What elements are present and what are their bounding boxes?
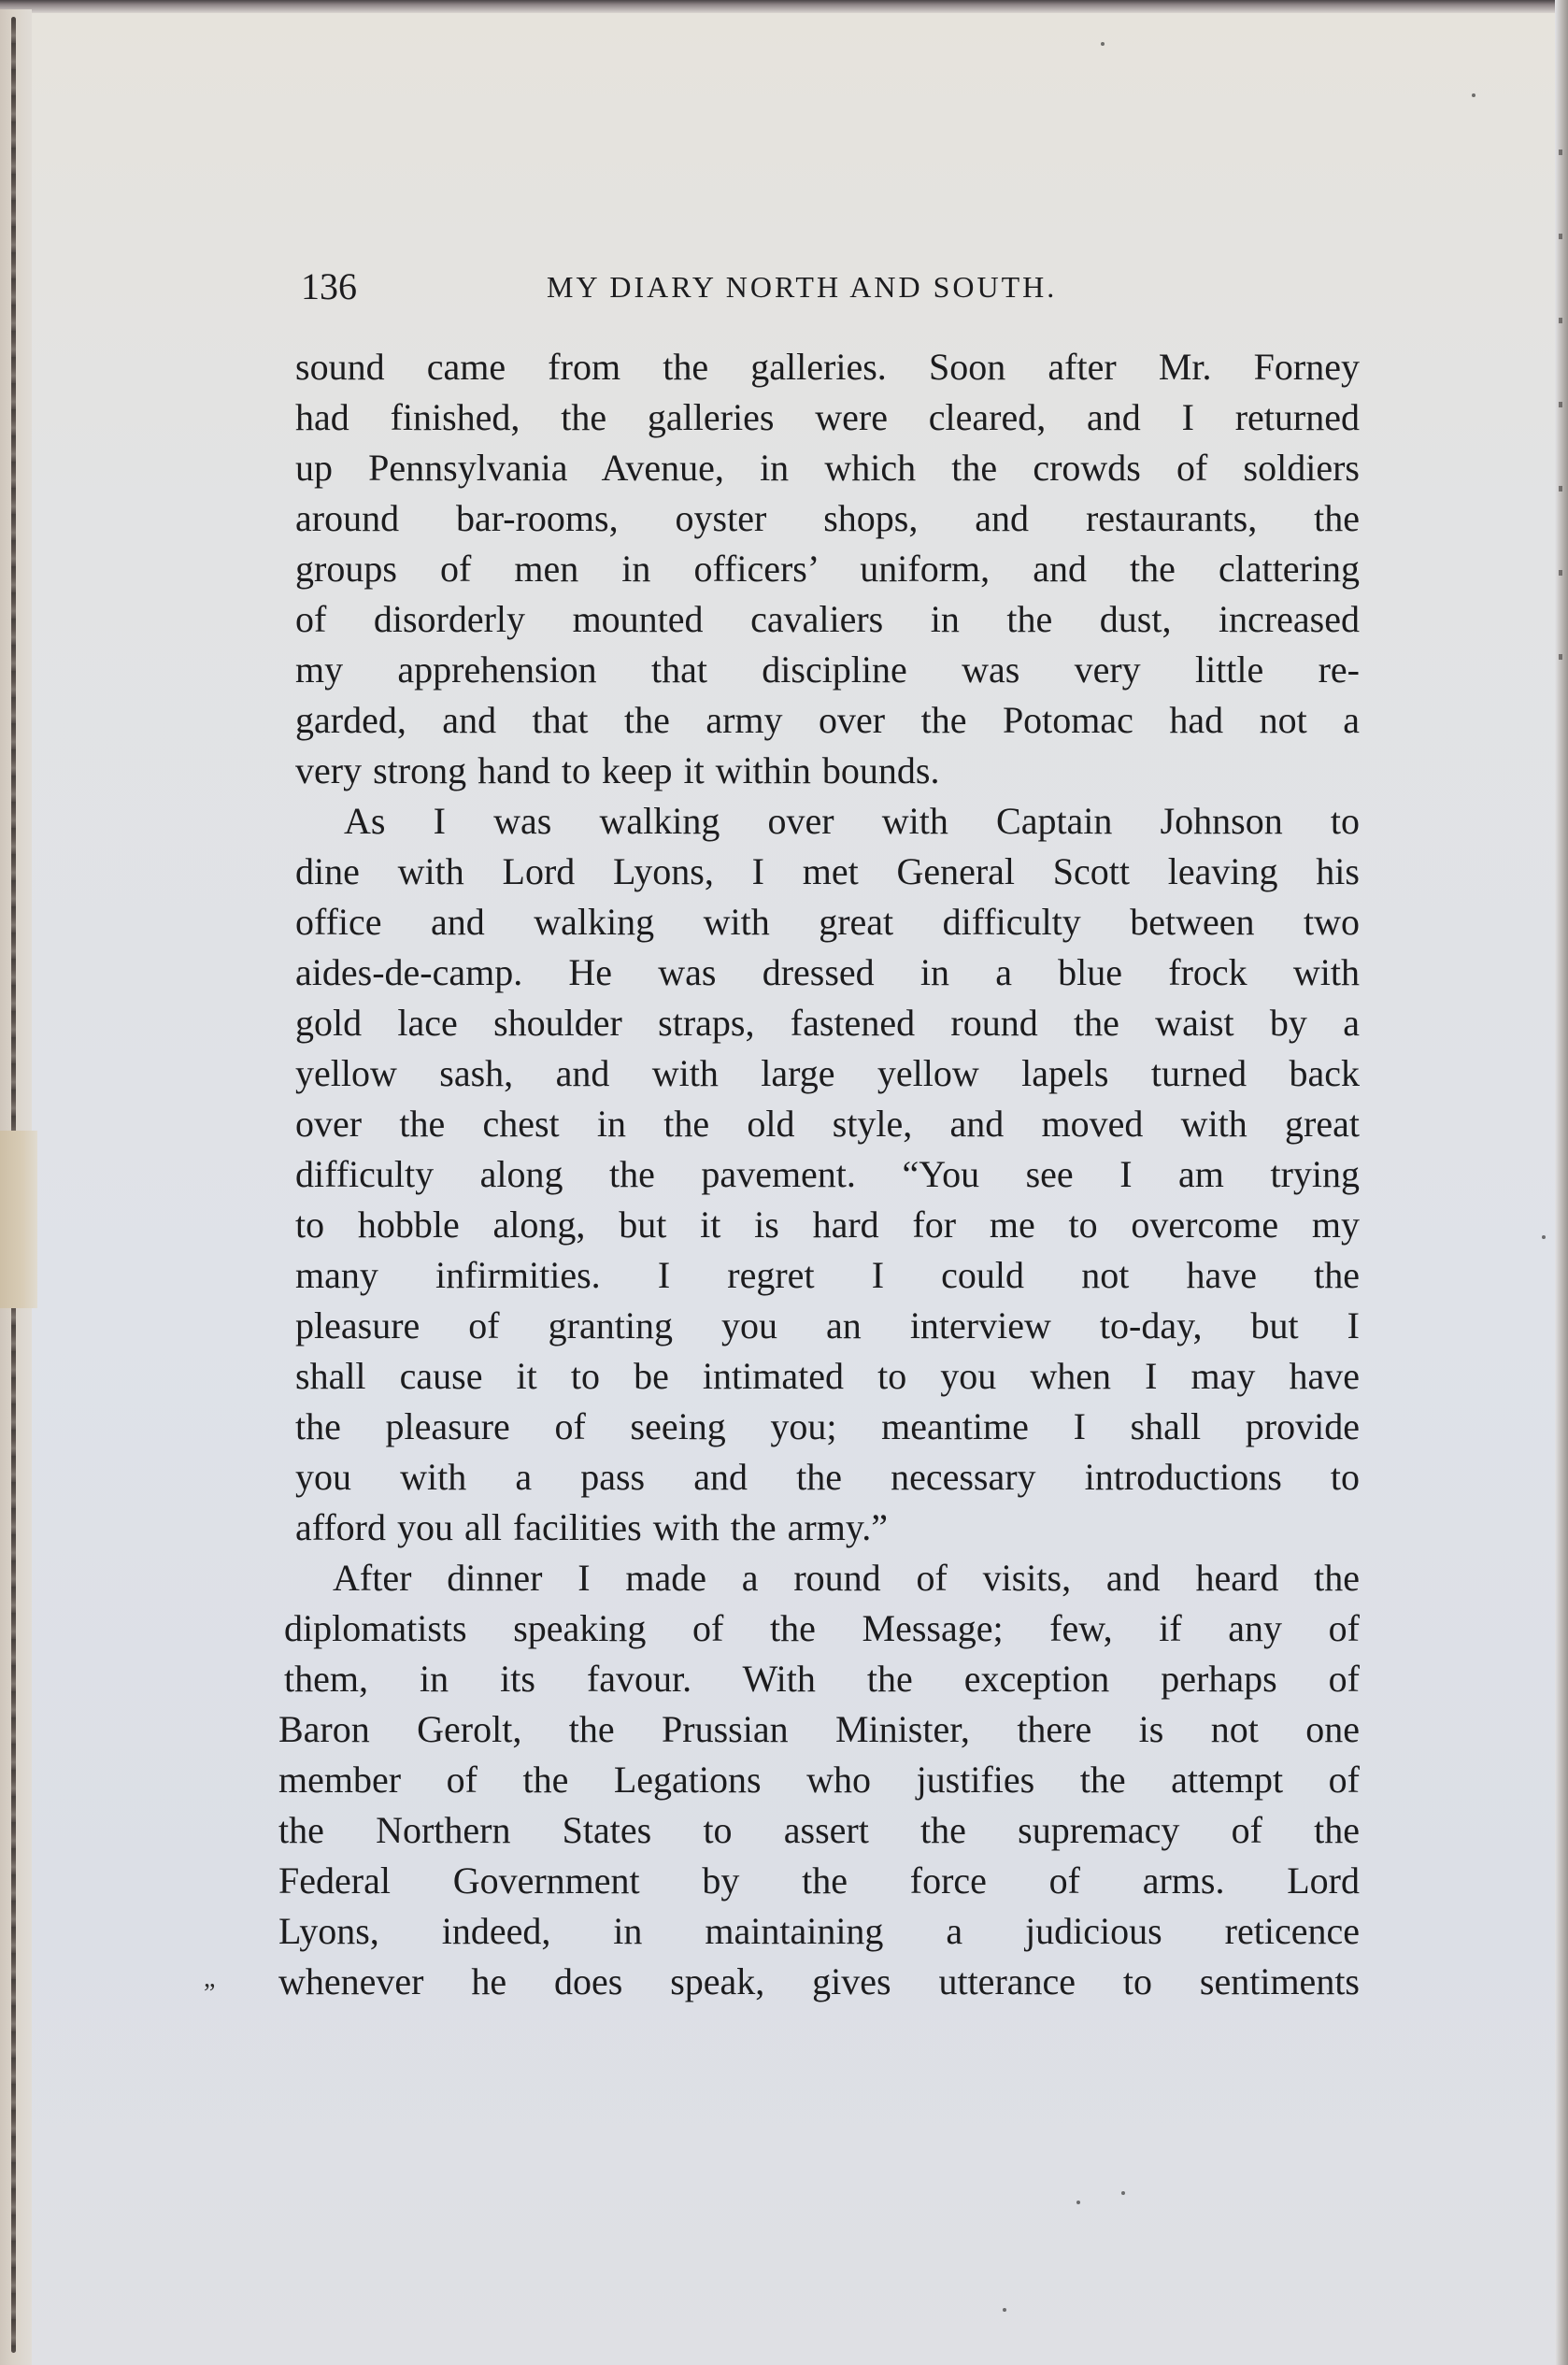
paper-speck: [1003, 2308, 1006, 2312]
text-line: office and walking with great difficulty…: [295, 897, 1360, 947]
text-line: the pleasure of seeing you; meantime I s…: [295, 1402, 1360, 1452]
text-line: yellow sash, and with large yellow lapel…: [295, 1048, 1360, 1099]
paragraph-start-line: After dinner I made a round of visits, a…: [284, 1553, 1360, 1603]
paper-speck: [1472, 93, 1475, 97]
paper-speck: [1101, 42, 1105, 46]
text-line: had finished, the galleries were cleared…: [295, 392, 1360, 443]
text-line: garded, and that the army over the Potom…: [295, 695, 1360, 746]
text-line: aides-de-camp. He was dressed in a blue …: [295, 947, 1360, 998]
text-line: member of the Legations who justifies th…: [278, 1755, 1360, 1805]
text-line: you with a pass and the necessary introd…: [295, 1452, 1360, 1503]
right-edge-marks: [1559, 112, 1562, 673]
body-text: sound came from the galleries. Soon afte…: [308, 342, 1360, 2007]
page-top-edge: [0, 0, 1568, 13]
text-line: to hobble along, but it is hard for me t…: [295, 1200, 1360, 1250]
text-line: up Pennsylvania Avenue, in which the cro…: [295, 443, 1360, 493]
text-line: my apprehension that discipline was very…: [295, 645, 1360, 695]
text-line: over the chest in the old style, and mov…: [295, 1099, 1360, 1149]
text-line: difficulty along the pavement. “You see …: [295, 1149, 1360, 1200]
text-line: Baron Gerolt, the Prussian Minister, the…: [278, 1704, 1360, 1755]
text-line: dine with Lord Lyons, I met General Scot…: [295, 847, 1360, 897]
running-title: MY DIARY NORTH AND SOUTH.: [547, 264, 1057, 310]
text-line: gold lace shoulder straps, fastened roun…: [295, 998, 1360, 1048]
text-line: many infirmities. I regret I could not h…: [295, 1250, 1360, 1301]
paragraph-start-line: As I was walking over with Captain Johns…: [295, 796, 1360, 847]
running-head: 136 MY DIARY NORTH AND SOUTH.: [301, 264, 1360, 310]
text-line: whenever he does speak, gives utterance …: [278, 1957, 1360, 2007]
text-line: pleasure of granting you an interview to…: [295, 1301, 1360, 1351]
text-line: sound came from the galleries. Soon afte…: [295, 342, 1360, 392]
text-line: the Northern States to assert the suprem…: [278, 1805, 1360, 1856]
text-line: Lyons, indeed, in maintaining a judiciou…: [278, 1906, 1360, 1957]
binding-tint-band: [0, 1131, 37, 1308]
paper-speck: [1121, 2191, 1125, 2195]
paper-speck: [1076, 2201, 1080, 2204]
text-line: them, in its favour. With the exception …: [284, 1654, 1360, 1704]
text-line: around bar-rooms, oyster shops, and rest…: [295, 493, 1360, 544]
text-line: Federal Government by the force of arms.…: [278, 1856, 1360, 1906]
text-line: very strong hand to keep it within bound…: [295, 746, 1360, 796]
text-line: groups of men in officers’ uniform, and …: [295, 544, 1360, 594]
paper-speck: [1542, 1235, 1546, 1239]
text-line: diplomatists speaking of the Message; fe…: [284, 1603, 1360, 1654]
text-line: afford you all facilities with the army.…: [295, 1503, 1360, 1553]
text-line: of disorderly mounted cavaliers in the d…: [295, 594, 1360, 645]
text-line: shall cause it to be intimated to you wh…: [295, 1351, 1360, 1402]
stray-ink-mark: ”: [204, 1979, 215, 2009]
page-number: 136: [301, 264, 357, 310]
